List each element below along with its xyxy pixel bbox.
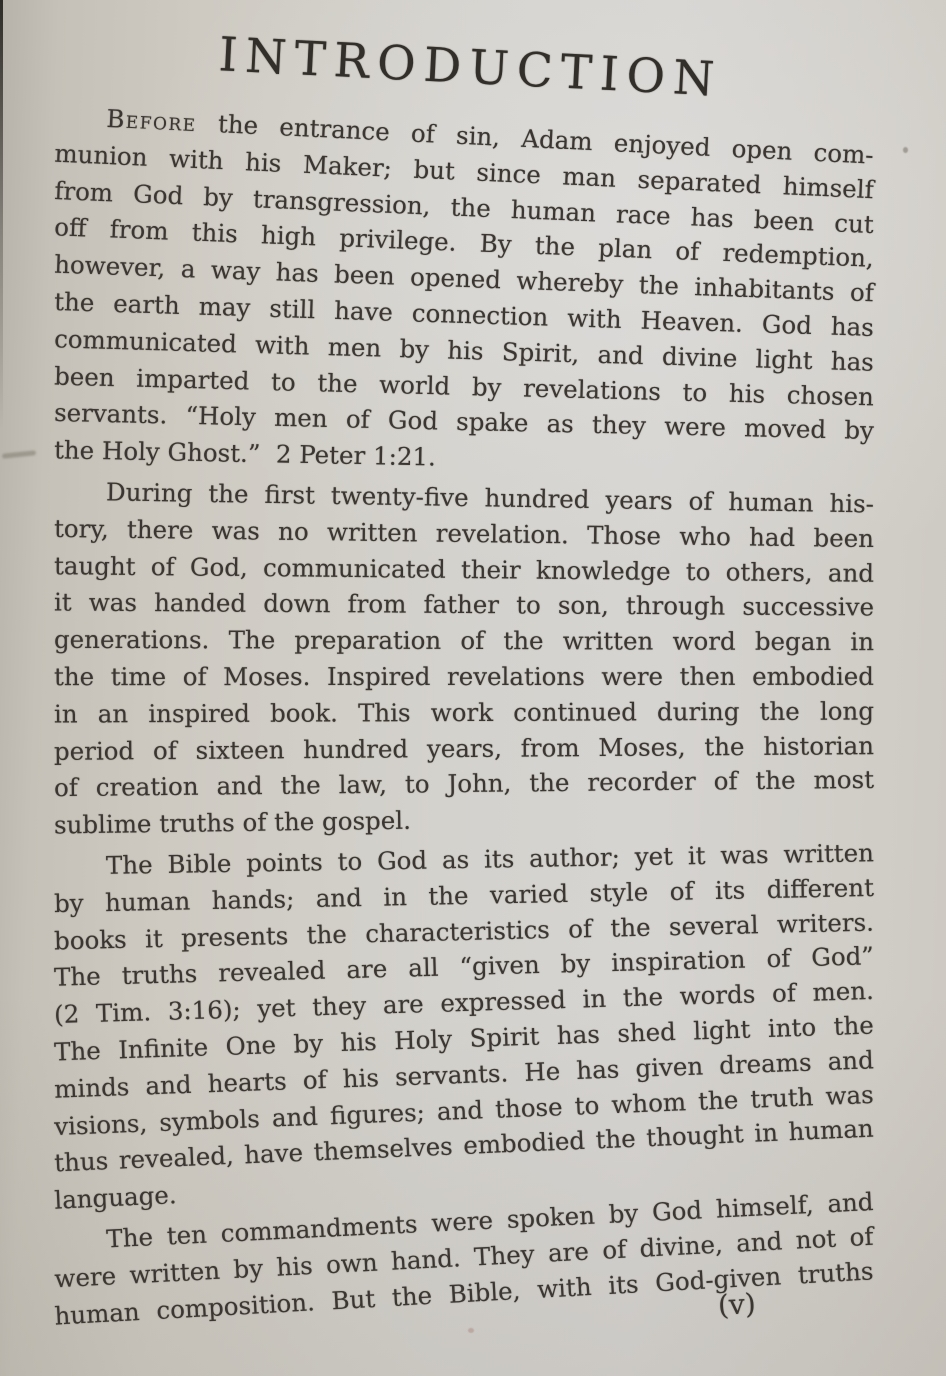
- text-line: sublime truths of the gospel.: [54, 799, 874, 844]
- text-line: generations. The preparation of the writ…: [54, 624, 874, 660]
- page-body-text: Before the entrance of sin, Adam enjoyed…: [0, 0, 946, 1376]
- text-line: taught of God, communicated their knowle…: [54, 550, 874, 592]
- lead-word: Before: [106, 104, 198, 137]
- text-line: it was handed down from father to son, t…: [54, 587, 874, 626]
- book-page-scan: INTRODUCTION Before the entrance of sin,…: [0, 0, 946, 1376]
- text-line: period of sixteen hundred years, from Mo…: [54, 730, 874, 770]
- text-line: the time of Moses. Inspired revelations …: [54, 661, 874, 695]
- text-line: in an inspired book. This work continued…: [54, 695, 874, 732]
- page-number: (v): [717, 1287, 756, 1322]
